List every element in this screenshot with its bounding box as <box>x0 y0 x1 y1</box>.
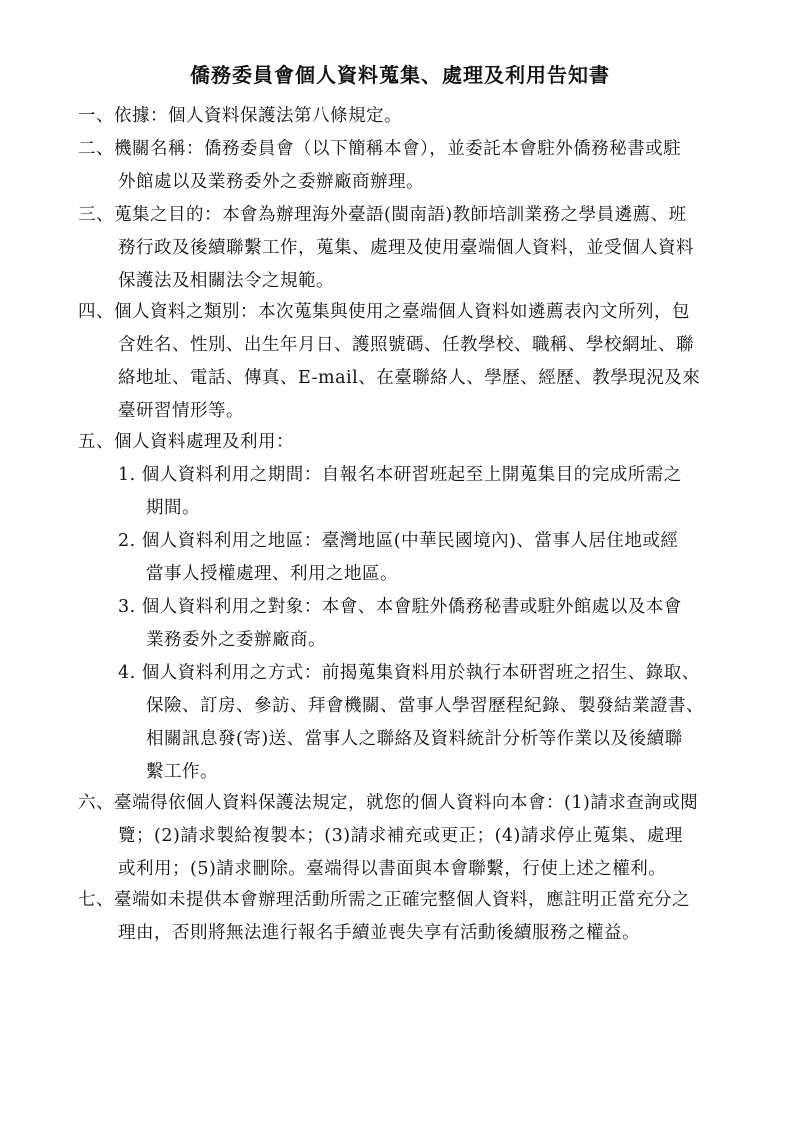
subclause-5-2-cont: 當事人授權處理、利用之地區。 <box>146 562 398 586</box>
clause-2: 二、機關名稱：僑務委員會（以下簡稱本會），並委託本會駐外僑務秘書或駐 <box>78 137 681 161</box>
clause-7: 七、臺端如未提供本會辦理活動所需之正確完整個人資料，應註明正當充分之 <box>78 888 690 912</box>
clause-6-cont: 或利用；(5)請求刪除。臺端得以書面與本會聯繫，行使上述之權利。 <box>118 857 666 881</box>
subclause-5-1: 1. 個人資料利用之期間：自報名本研習班起至上開蒐集目的完成所需之 <box>118 463 682 487</box>
clause-4-cont: 臺研習情形等。 <box>118 399 244 423</box>
clause-5: 五、個人資料處理及利用： <box>78 430 294 454</box>
subclause-5-4-cont: 相關訊息發(寄)送、當事人之聯絡及資料統計分析等作業以及後續聯 <box>146 727 683 751</box>
subclause-5-4-cont: 保險、訂房、參訪、拜會機關、當事人學習歷程紀錄、製發結業證書、 <box>146 694 704 718</box>
subclause-5-4-cont: 繫工作。 <box>146 760 218 784</box>
subclause-5-1-cont: 期間。 <box>146 496 200 520</box>
document-title: 僑務委員會個人資料蒐集、處理及利用告知書 <box>0 60 800 90</box>
clause-4-cont: 絡地址、電話、傳真、E-mail、在臺聯絡人、學歷、經歷、教學現況及來 <box>118 366 700 390</box>
clause-4: 四、個人資料之類別：本次蒐集與使用之臺端個人資料如遴薦表內文所列，包 <box>78 300 690 324</box>
clause-1: 一、依據：個人資料保護法第八條規定。 <box>78 104 402 128</box>
clause-3: 三、蒐集之目的：本會為辦理海外臺語(閩南語)教師培訓業務之學員遴薦、班 <box>78 203 687 227</box>
subclause-5-2: 2. 個人資料利用之地區：臺灣地區(中華民國境內)、當事人居住地或經 <box>118 529 678 553</box>
subclause-5-3: 3. 個人資料利用之對象：本會、本會駐外僑務秘書或駐外館處以及本會 <box>118 595 682 619</box>
clause-3-cont: 保護法及相關法令之規範。 <box>118 269 334 293</box>
subclause-5-4: 4. 個人資料利用之方式：前揭蒐集資料用於執行本研習班之招生、錄取、 <box>118 661 700 685</box>
clause-4-cont: 含姓名、性別、出生年月日、護照號碼、任教學校、職稱、學校網址、聯 <box>118 333 694 357</box>
clause-7-cont: 理由，否則將無法進行報名手續並喪失享有活動後續服務之權益。 <box>118 921 640 945</box>
clause-3-cont: 務行政及後續聯繫工作，蒐集、處理及使用臺端個人資料，並受個人資料 <box>118 236 694 260</box>
clause-2-cont: 外館處以及業務委外之委辦廠商辦理。 <box>118 170 424 194</box>
subclause-5-3-cont: 業務委外之委辦廠商。 <box>146 628 326 652</box>
clause-6-cont: 覽；(2)請求製給複製本；(3)請求補充或更正；(4)請求停止蒐集、處理 <box>118 824 683 848</box>
clause-6: 六、臺端得依個人資料保護法規定，就您的個人資料向本會：(1)請求查詢或閱 <box>78 791 698 815</box>
